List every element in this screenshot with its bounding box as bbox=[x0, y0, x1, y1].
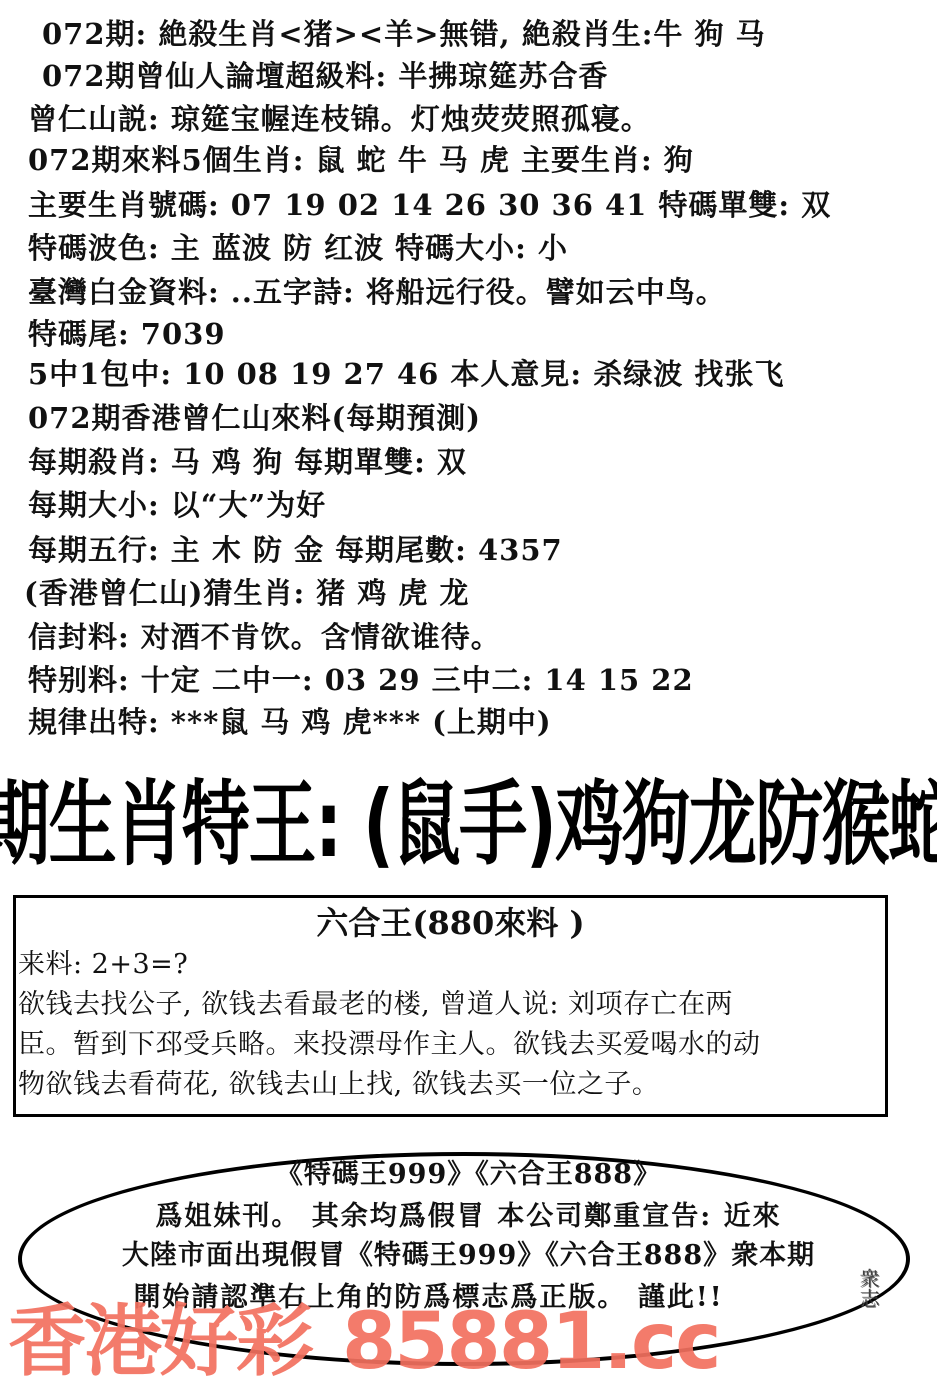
line-five-zodiac-material: 072期來料5個生肖: 鼠 蛇 牛 马 虎 主要生肖: 狗 bbox=[28, 140, 694, 180]
line-special-material: 特别料: 十定 二中一: 03 29 三中二: 14 15 22 bbox=[28, 660, 694, 700]
line-rule-special: 規律出特: ***鼠 马 鸡 虎*** (上期中) bbox=[28, 702, 552, 742]
line-each-period-elements: 每期五行: 主 木 防 金 每期尾數: 4357 bbox=[28, 530, 563, 570]
line-hk-zeng-material: 072期香港曾仁山來料(每期預測) bbox=[28, 398, 481, 438]
line-forum-super-material: 072期曾仙人論壇超級料: 半拂琼筵苏合香 bbox=[42, 56, 608, 96]
line-guess-zodiac: (香港曾仁山)猜生肖: 猪 鸡 虎 龙 bbox=[24, 573, 470, 613]
watermark: 香港好彩85881.cc bbox=[8, 1296, 719, 1388]
notice-line-3: 大陸市面出現假冒《特碼王999》《六合王888》衆本期 bbox=[0, 1238, 937, 1274]
box-title: 六合王(880來料 ) bbox=[16, 898, 885, 948]
anti-counterfeit-stamp-icon: 衆志 bbox=[845, 1268, 885, 1340]
line-taiwan-platinum: 臺灣白金資料: ..五字詩: 将船远行役。譬如云中鸟。 bbox=[28, 272, 726, 312]
box-line-poem-1: 欲钱去找公子, 欲钱去看最老的楼, 曾道人说: 刘项存亡在两 bbox=[18, 986, 733, 1024]
line-main-zodiac-numbers: 主要生肖號碼: 07 19 02 14 26 30 36 41 特碼單雙: 双 bbox=[28, 185, 831, 225]
headline-special-king: 《《本期生肖特王: (鼠手)鸡狗龙防猴蛇牛》》 bbox=[122, 742, 815, 892]
line-special-wave-color: 特碼波色: 主 蓝波 防 红波 特碼大小: 小 bbox=[28, 228, 568, 268]
line-zeng-renshan-says: 曾仁山説: 琼筵宝幄连枝锦。灯烛荧荧照孤寝。 bbox=[28, 99, 651, 139]
watermark-brand: 香港好彩 bbox=[8, 1297, 312, 1387]
notice-line-1: 《特碼王999》《六合王888》 bbox=[0, 1157, 937, 1193]
watermark-url: 85881.cc bbox=[342, 1297, 719, 1387]
box-line-poem-3: 物欲钱去看荷花, 欲钱去山上找, 欲钱去买一位之子。 bbox=[18, 1066, 659, 1104]
line-each-period-size: 每期大小: 以“大”为好 bbox=[28, 485, 326, 525]
liuhe-king-box: 六合王(880來料 ) 来料: 2+3=? 欲钱去找公子, 欲钱去看最老的楼, … bbox=[13, 895, 888, 1117]
line-five-in-one: 5中1包中: 10 08 19 27 46 本人意見: 杀绿波 找张飞 bbox=[28, 354, 784, 394]
box-line-poem-2: 臣。暂到下邳受兵略。来投漂母作主人。欲钱去买爱喝水的动 bbox=[18, 1026, 761, 1064]
line-envelope-material: 信封料: 对酒不肯饮。含情欲谁待。 bbox=[28, 617, 501, 657]
line-each-period-kill: 每期殺肖: 马 鸡 狗 每期單雙: 双 bbox=[28, 442, 467, 482]
notice-line-2: 爲姐妹刊。 其余均爲假冒 本公司鄭重宣告: 近來 bbox=[0, 1199, 937, 1235]
line-special-tail: 特碼尾: 7039 bbox=[28, 314, 226, 354]
line-period-kill-zodiac: 072期: 絶殺生肖<猪><羊>無错, 絶殺肖生:牛 狗 马 bbox=[42, 14, 766, 54]
box-line-riddle: 来料: 2+3=? bbox=[18, 946, 188, 984]
